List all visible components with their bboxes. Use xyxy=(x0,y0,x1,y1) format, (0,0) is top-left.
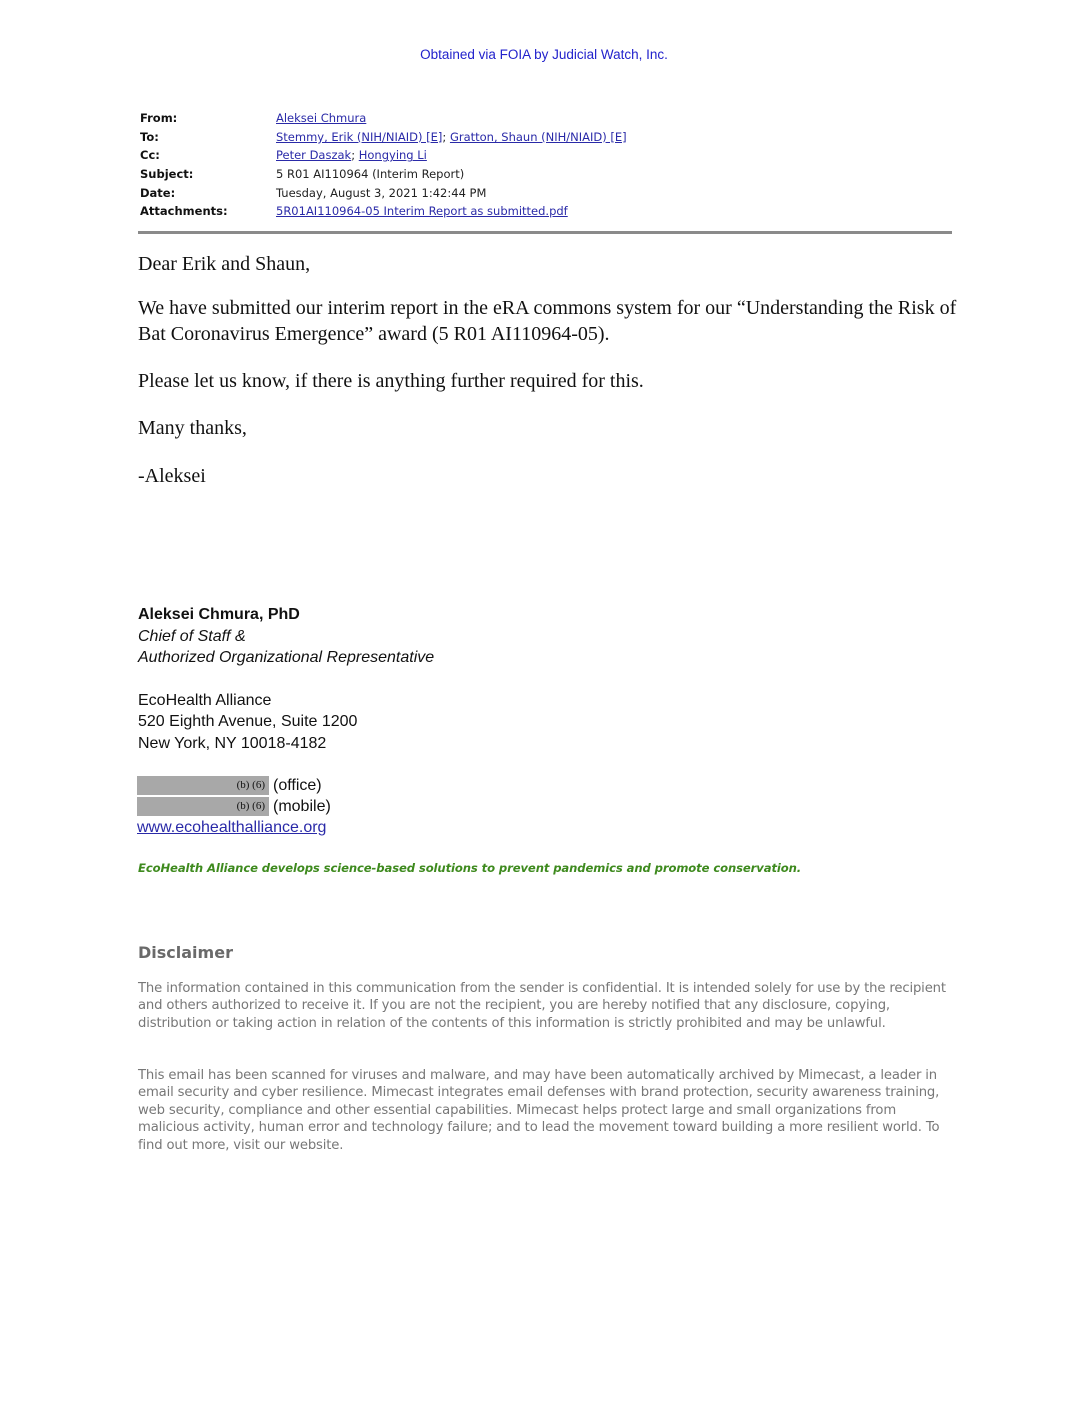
header-date: Date: Tuesday, August 3, 2021 1:42:44 PM xyxy=(140,183,627,202)
body-paragraph-2: Please let us know, if there is anything… xyxy=(138,368,958,394)
signature-name: Aleksei Chmura, PhD xyxy=(138,604,434,626)
disclaimer-paragraph-1: The information contained in this commun… xyxy=(138,980,948,1032)
sender-sign: -Aleksei xyxy=(138,463,958,489)
from-label: From: xyxy=(140,111,276,125)
body-paragraph-1: We have submitted our interim report in … xyxy=(138,295,958,347)
signature-block: Aleksei Chmura, PhD Chief of Staff & Aut… xyxy=(138,604,434,754)
signature-address-1: 520 Eighth Avenue, Suite 1200 xyxy=(138,711,434,733)
signature-title-2: Authorized Organizational Representative xyxy=(138,647,434,669)
to-recipient-link[interactable]: Gratton, Shaun (NIH/NIAID) [E] xyxy=(450,130,627,144)
phone-block: (b) (6) (office) (b) (6) (mobile) www.ec… xyxy=(137,775,331,837)
recipient-separator: ; xyxy=(442,130,446,144)
to-label: To: xyxy=(140,130,276,144)
website-link[interactable]: www.ecohealthalliance.org xyxy=(137,819,331,837)
signature-address-2: New York, NY 10018-4182 xyxy=(138,733,434,755)
header-divider xyxy=(138,231,952,234)
cc-label: Cc: xyxy=(140,148,276,162)
phone-mobile: (b) (6) (mobile) xyxy=(137,796,331,817)
closing: Many thanks, xyxy=(138,415,958,441)
disclaimer-title: Disclaimer xyxy=(138,943,233,962)
phone-office: (b) (6) (office) xyxy=(137,775,331,796)
header-subject: Subject: 5 R01 AI110964 (Interim Report) xyxy=(140,165,627,184)
phone-label: (mobile) xyxy=(273,798,331,816)
header-cc: Cc: Peter Daszak; Hongying Li xyxy=(140,146,627,165)
redaction-box: (b) (6) xyxy=(137,797,269,816)
subject-label: Subject: xyxy=(140,167,276,181)
date-value: Tuesday, August 3, 2021 1:42:44 PM xyxy=(276,186,486,200)
redaction-box: (b) (6) xyxy=(137,776,269,795)
header-to: To: Stemmy, Erik (NIH/NIAID) [E]; Gratto… xyxy=(140,128,627,147)
disclaimer-paragraph-2: This email has been scanned for viruses … xyxy=(138,1067,948,1154)
greeting: Dear Erik and Shaun, xyxy=(138,251,958,277)
email-headers: From: Aleksei Chmura To: Stemmy, Erik (N… xyxy=(140,109,627,221)
attachments-label: Attachments: xyxy=(140,204,276,218)
phone-label: (office) xyxy=(273,777,322,795)
recipient-separator: ; xyxy=(351,148,355,162)
subject-value: 5 R01 AI110964 (Interim Report) xyxy=(276,167,464,181)
date-label: Date: xyxy=(140,186,276,200)
signature-org: EcoHealth Alliance xyxy=(138,690,434,712)
header-attachments: Attachments: 5R01AI110964-05 Interim Rep… xyxy=(140,202,627,221)
attachment-link[interactable]: 5R01AI110964-05 Interim Report as submit… xyxy=(276,204,568,218)
cc-recipient-link[interactable]: Peter Daszak xyxy=(276,148,351,162)
org-tagline: EcoHealth Alliance develops science-base… xyxy=(138,861,801,875)
signature-title-1: Chief of Staff & xyxy=(138,626,434,648)
cc-recipient-link[interactable]: Hongying Li xyxy=(359,148,427,162)
to-recipient-link[interactable]: Stemmy, Erik (NIH/NIAID) [E] xyxy=(276,130,442,144)
foia-watermark: Obtained via FOIA by Judicial Watch, Inc… xyxy=(0,47,1088,62)
from-link[interactable]: Aleksei Chmura xyxy=(276,111,366,125)
header-from: From: Aleksei Chmura xyxy=(140,109,627,128)
